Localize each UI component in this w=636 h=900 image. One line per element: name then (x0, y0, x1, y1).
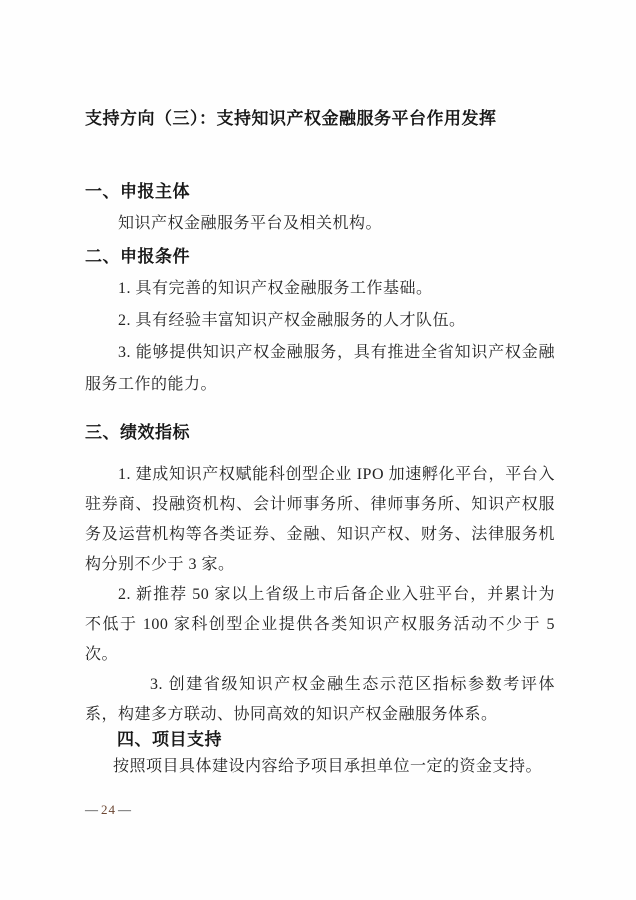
page-number-dash-left: — (85, 802, 99, 817)
document-title: 支持方向（三）：支持知识产权金融服务平台作用发挥 (85, 106, 555, 132)
section-heading-3: 三、绩效指标 (85, 418, 555, 448)
section-2-item-1: 1. 具有完善的知识产权金融服务工作基础。 (85, 273, 555, 305)
section-3-item-2: 2. 新推荐 50 家以上省级上市后备企业入驻平台，并累计为不低于 100 家科… (85, 580, 555, 670)
page-number: —24— (85, 800, 132, 820)
document-page: 支持方向（三）：支持知识产权金融服务平台作用发挥 一、申报主体 知识产权金融服务… (0, 0, 636, 900)
section-heading-1: 一、申报主体 (85, 176, 555, 208)
section-4-paragraph: 按照项目具体建设内容给予项目承担单位一定的资金支持。 (113, 753, 555, 780)
section-2-item-3: 3. 能够提供知识产权金融服务，具有推进全省知识产权金融服务工作的能力。 (85, 337, 555, 401)
page-number-value: 24 (99, 802, 118, 817)
section-2-item-2: 2. 具有经验丰富知识产权金融服务的人才队伍。 (85, 305, 555, 337)
section-declaration-subject: 一、申报主体 知识产权金融服务平台及相关机构。 (85, 176, 555, 240)
page-number-dash-right: — (118, 802, 132, 817)
section-performance-indicators: 三、绩效指标 1. 建成知识产权赋能科创型企业 IPO 加速孵化平台，平台入驻券… (85, 418, 555, 730)
section-heading-4: 四、项目支持 (117, 726, 555, 753)
section-3-item-3: 3. 创建省级知识产权金融生态示范区指标参数考评体系，构建多方联动、协同高效的知… (85, 670, 555, 730)
section-3-item-1: 1. 建成知识产权赋能科创型企业 IPO 加速孵化平台，平台入驻券商、投融资机构… (85, 460, 555, 580)
section-declaration-conditions: 二、申报条件 1. 具有完善的知识产权金融服务工作基础。 2. 具有经验丰富知识… (85, 241, 555, 401)
section-project-support: 四、项目支持 按照项目具体建设内容给予项目承担单位一定的资金支持。 (85, 726, 555, 780)
section-heading-2: 二、申报条件 (85, 241, 555, 273)
section-1-paragraph: 知识产权金融服务平台及相关机构。 (85, 208, 555, 240)
